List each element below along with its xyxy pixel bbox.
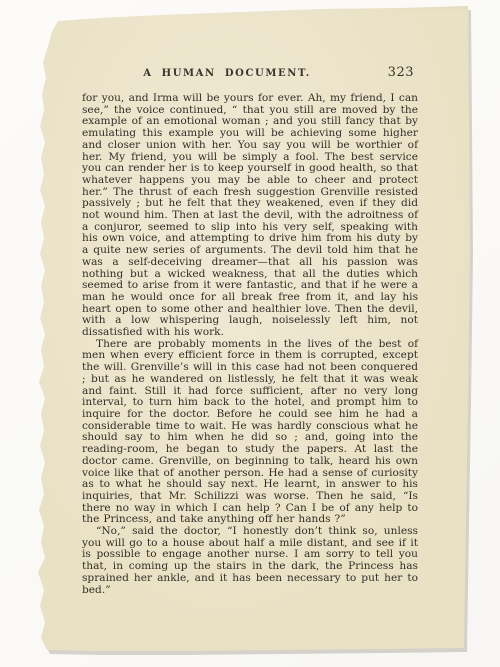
page-content: A HUMAN DOCUMENT. 323 for you, and Irma … [82,68,418,596]
paragraph: There are probably moments in the lives … [82,339,418,526]
book-page: A HUMAN DOCUMENT. 323 for you, and Irma … [0,0,500,667]
running-header: A HUMAN DOCUMENT. 323 [82,68,418,84]
paragraph: “No,” said the doctor, “I honestly don’t… [82,526,418,596]
running-header-title: A HUMAN DOCUMENT. [82,68,418,79]
scanned-book-page-photo: A HUMAN DOCUMENT. 323 for you, and Irma … [0,0,500,667]
paragraph: for you, and Irma will be yours for ever… [82,93,418,339]
page-number: 323 [388,65,414,80]
body-text: for you, and Irma will be yours for ever… [82,93,418,596]
